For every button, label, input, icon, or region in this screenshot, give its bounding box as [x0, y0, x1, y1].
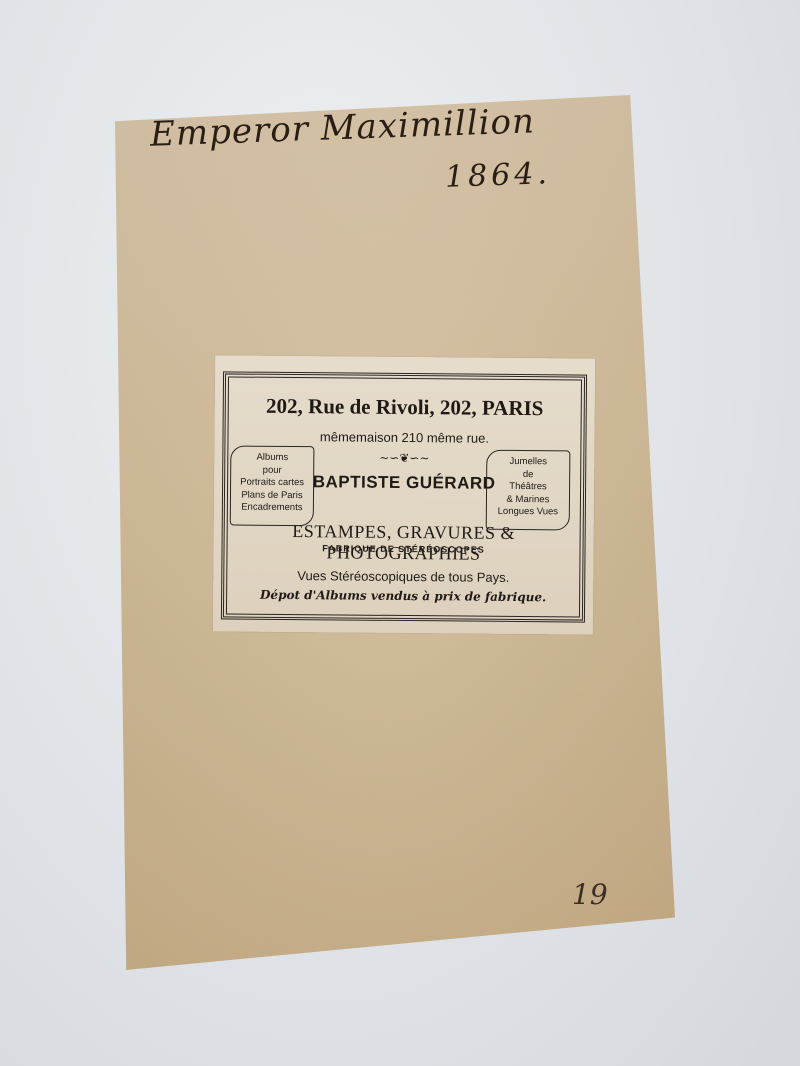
- left-scroll-line: Portraits cartes: [231, 476, 313, 489]
- left-scroll-line: Albums: [231, 451, 313, 464]
- right-scroll-line: de: [487, 468, 569, 481]
- left-scroll-banner: Albums pour Portraits cartes Plans de Pa…: [230, 445, 315, 526]
- carte-de-visite-card: Emperor Maximillion 1864. 19 202, Rue de…: [0, 0, 800, 1066]
- photographer-label: 202, Rue de Rivoli, 202, PARIS mêmemaiso…: [213, 355, 595, 634]
- handwritten-year: 1864.: [444, 156, 551, 195]
- right-scroll-line: Longues Vues: [487, 506, 569, 519]
- handwritten-corner-number: 19: [572, 878, 608, 911]
- left-scroll-line: Plans de Paris: [231, 489, 313, 502]
- right-scroll-line: & Marines: [487, 493, 569, 506]
- left-scroll-line: Encadrements: [231, 501, 313, 514]
- right-scroll-line: Théâtres: [487, 481, 569, 494]
- label-address: 202, Rue de Rivoli, 202, PARIS: [215, 393, 595, 421]
- right-scroll-banner: Jumelles de Théâtres & Marines Longues V…: [486, 450, 571, 531]
- right-scroll-line: Jumelles: [487, 456, 569, 469]
- left-scroll-line: pour: [231, 464, 313, 477]
